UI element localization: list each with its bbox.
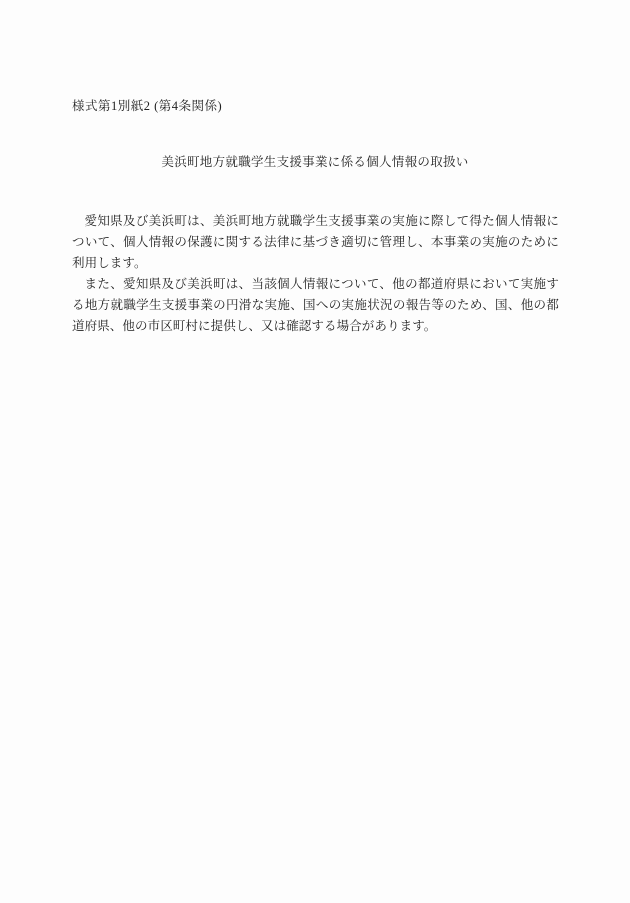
- document-body: 愛知県及び美浜町は、美浜町地方就職学生支援事業の実施に際して得た個人情報について…: [72, 211, 559, 337]
- paragraph-2: また、愛知県及び美浜町は、当該個人情報について、他の都道府県において実施する地方…: [72, 274, 559, 337]
- form-number-label: 様式第1別紙2 (第4条関係): [72, 96, 222, 114]
- paragraph-1: 愛知県及び美浜町は、美浜町地方就職学生支援事業の実施に際して得た個人情報について…: [72, 211, 559, 274]
- document-title: 美浜町地方就職学生支援事業に係る個人情報の取扱い: [0, 152, 630, 170]
- document-canvas: 様式第1別紙2 (第4条関係) 美浜町地方就職学生支援事業に係る個人情報の取扱い…: [0, 0, 630, 903]
- document-page: { "doc": { "header_label": "様式第1別紙2 (第4条…: [0, 0, 630, 903]
